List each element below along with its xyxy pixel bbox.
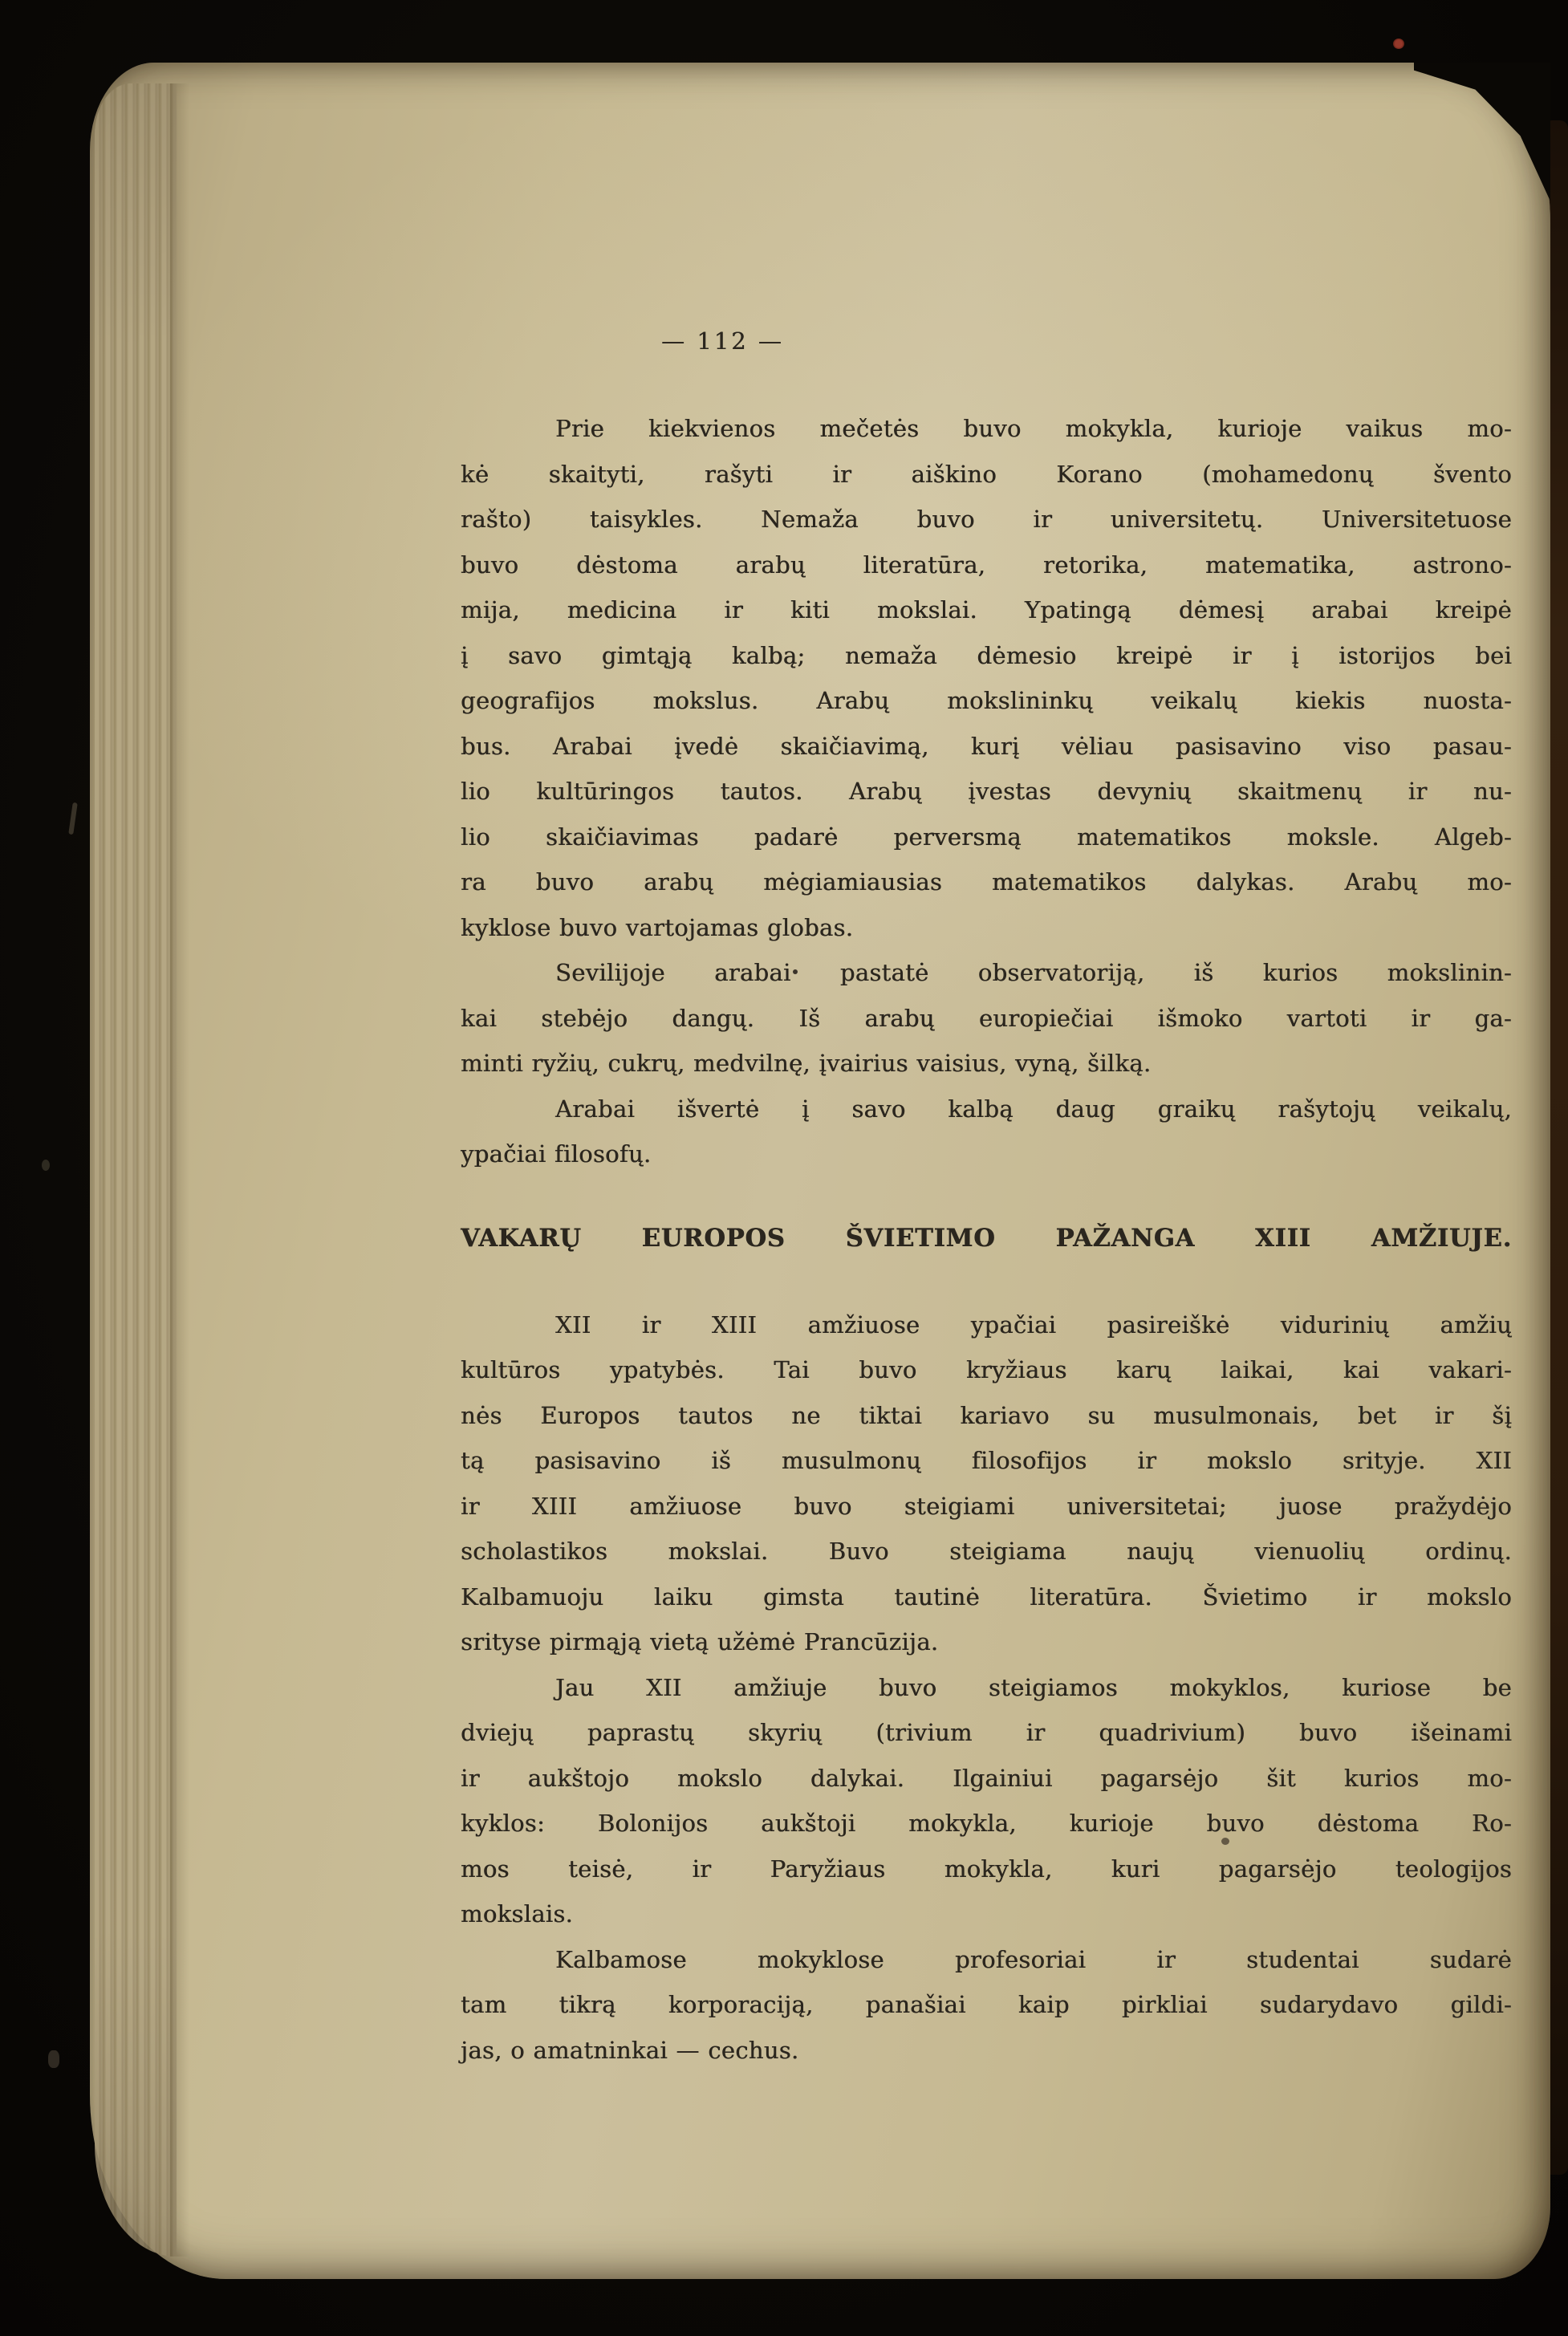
- text-line: tą pasisavino iš musulmonų filosofijos i…: [461, 1438, 1512, 1484]
- stacked-page-edges: [95, 83, 177, 2257]
- scanned-book-photo: { "document": { "kind": "scanned-book-pa…: [0, 0, 1568, 2336]
- text-line: kyklos: Bolonijos aukštoji mokykla, kuri…: [461, 1801, 1512, 1846]
- text-line: Arabai išvertė į savo kalbą daug graikų …: [461, 1087, 1512, 1132]
- text-line: Kalbamose mokyklose profesoriai ir stude…: [461, 1937, 1512, 1983]
- text-line: ir aukštojo mokslo dalykai. Ilgainiui pa…: [461, 1756, 1512, 1802]
- text-line: dviejų paprastų skyrių (trivium ir quadr…: [461, 1710, 1512, 1756]
- text-line: scholastikos mokslai. Buvo steigiama nau…: [461, 1529, 1512, 1574]
- text-line: Prie kiekvienos mečetės buvo mokykla, ku…: [461, 406, 1512, 452]
- text-line: bus. Arabai įvedė skaičiavimą, kurį vėli…: [461, 724, 1512, 770]
- paragraph: Sevilijoje arabai pastatė observatoriją,…: [461, 950, 1512, 1087]
- paragraph: Kalbamose mokyklose profesoriai ir stude…: [461, 1937, 1512, 2074]
- text-line: XII ir XIII amžiuose ypačiai pasireiškė …: [461, 1302, 1512, 1348]
- text-line: kė skaityti, rašyti ir aiškino Korano (m…: [461, 452, 1512, 498]
- page-number: — 112 —: [661, 327, 784, 355]
- text-line: Sevilijoje arabai pastatė observatoriją,…: [461, 950, 1512, 996]
- text-line: mokslais.: [461, 1891, 1512, 1937]
- text-column: Prie kiekvienos mečetės buvo mokykla, ku…: [461, 406, 1512, 2073]
- book-page: — 112 — Prie kiekvienos mečetės buvo mok…: [90, 63, 1550, 2279]
- text-line: buvo dėstoma arabų literatūra, retorika,…: [461, 542, 1512, 588]
- section-heading: VAKARŲ EUROPOS ŠVIETIMO PAŽANGA XIII AMŽ…: [461, 1220, 1512, 1257]
- margin-speck: [68, 802, 78, 835]
- text-line: Jau XII amžiuje buvo steigiamos mokyklos…: [461, 1665, 1512, 1711]
- text-line: jas, o amatninkai — cechus.: [461, 2028, 1512, 2074]
- red-stain: [1393, 39, 1404, 49]
- text-line: ypačiai filosofų.: [461, 1131, 1512, 1177]
- small-stain: [1221, 1838, 1229, 1845]
- text-line: srityse pirmąją vietą užėmė Prancūzija.: [461, 1619, 1512, 1665]
- text-line: Kalbamuoju laiku gimsta tautinė literatū…: [461, 1574, 1512, 1620]
- text-line: minti ryžių, cukrų, medvilnę, įvairius v…: [461, 1041, 1512, 1087]
- text-line: nės Europos tautos ne tiktai kariavo su …: [461, 1393, 1512, 1439]
- text-line: kai stebėjo dangų. Iš arabų europiečiai …: [461, 996, 1512, 1042]
- text-line: į savo gimtąją kalbą; nemaža dėmesio kre…: [461, 633, 1512, 679]
- text-line: tam tikrą korporaciją, panašiai kaip pir…: [461, 1982, 1512, 2028]
- paragraph: Arabai išvertė į savo kalbą daug graikų …: [461, 1087, 1512, 1177]
- paragraph: Prie kiekvienos mečetės buvo mokykla, ku…: [461, 406, 1512, 950]
- paragraph: XII ir XIII amžiuose ypačiai pasireiškė …: [461, 1302, 1512, 1665]
- text-line: lio kultūringos tautos. Arabų įvestas de…: [461, 769, 1512, 815]
- text-line: ir XIII amžiuose buvo steigiami universi…: [461, 1484, 1512, 1530]
- margin-speck: [42, 1160, 50, 1171]
- text-line: rašto) taisykles. Nemaža buvo ir univers…: [461, 497, 1512, 542]
- margin-speck: [48, 2050, 59, 2068]
- text-line: kultūros ypatybės. Tai buvo kryžiaus kar…: [461, 1347, 1512, 1393]
- print-speck: [793, 969, 798, 974]
- text-line: ra buvo arabų mėgiamiausias matematikos …: [461, 859, 1512, 905]
- text-line: mija, medicina ir kiti mokslai. Ypatingą…: [461, 587, 1512, 633]
- page-corner-shadow: [1414, 63, 1550, 255]
- text-line: kyklose buvo vartojamas globas.: [461, 905, 1512, 951]
- text-line: lio skaičiavimas padarė perversmą matema…: [461, 815, 1512, 860]
- text-line: mos teisė, ir Paryžiaus mokykla, kuri pa…: [461, 1846, 1512, 1892]
- text-line: geografijos mokslus. Arabų mokslininkų v…: [461, 678, 1512, 724]
- paragraph: Jau XII amžiuje buvo steigiamos mokyklos…: [461, 1665, 1512, 1937]
